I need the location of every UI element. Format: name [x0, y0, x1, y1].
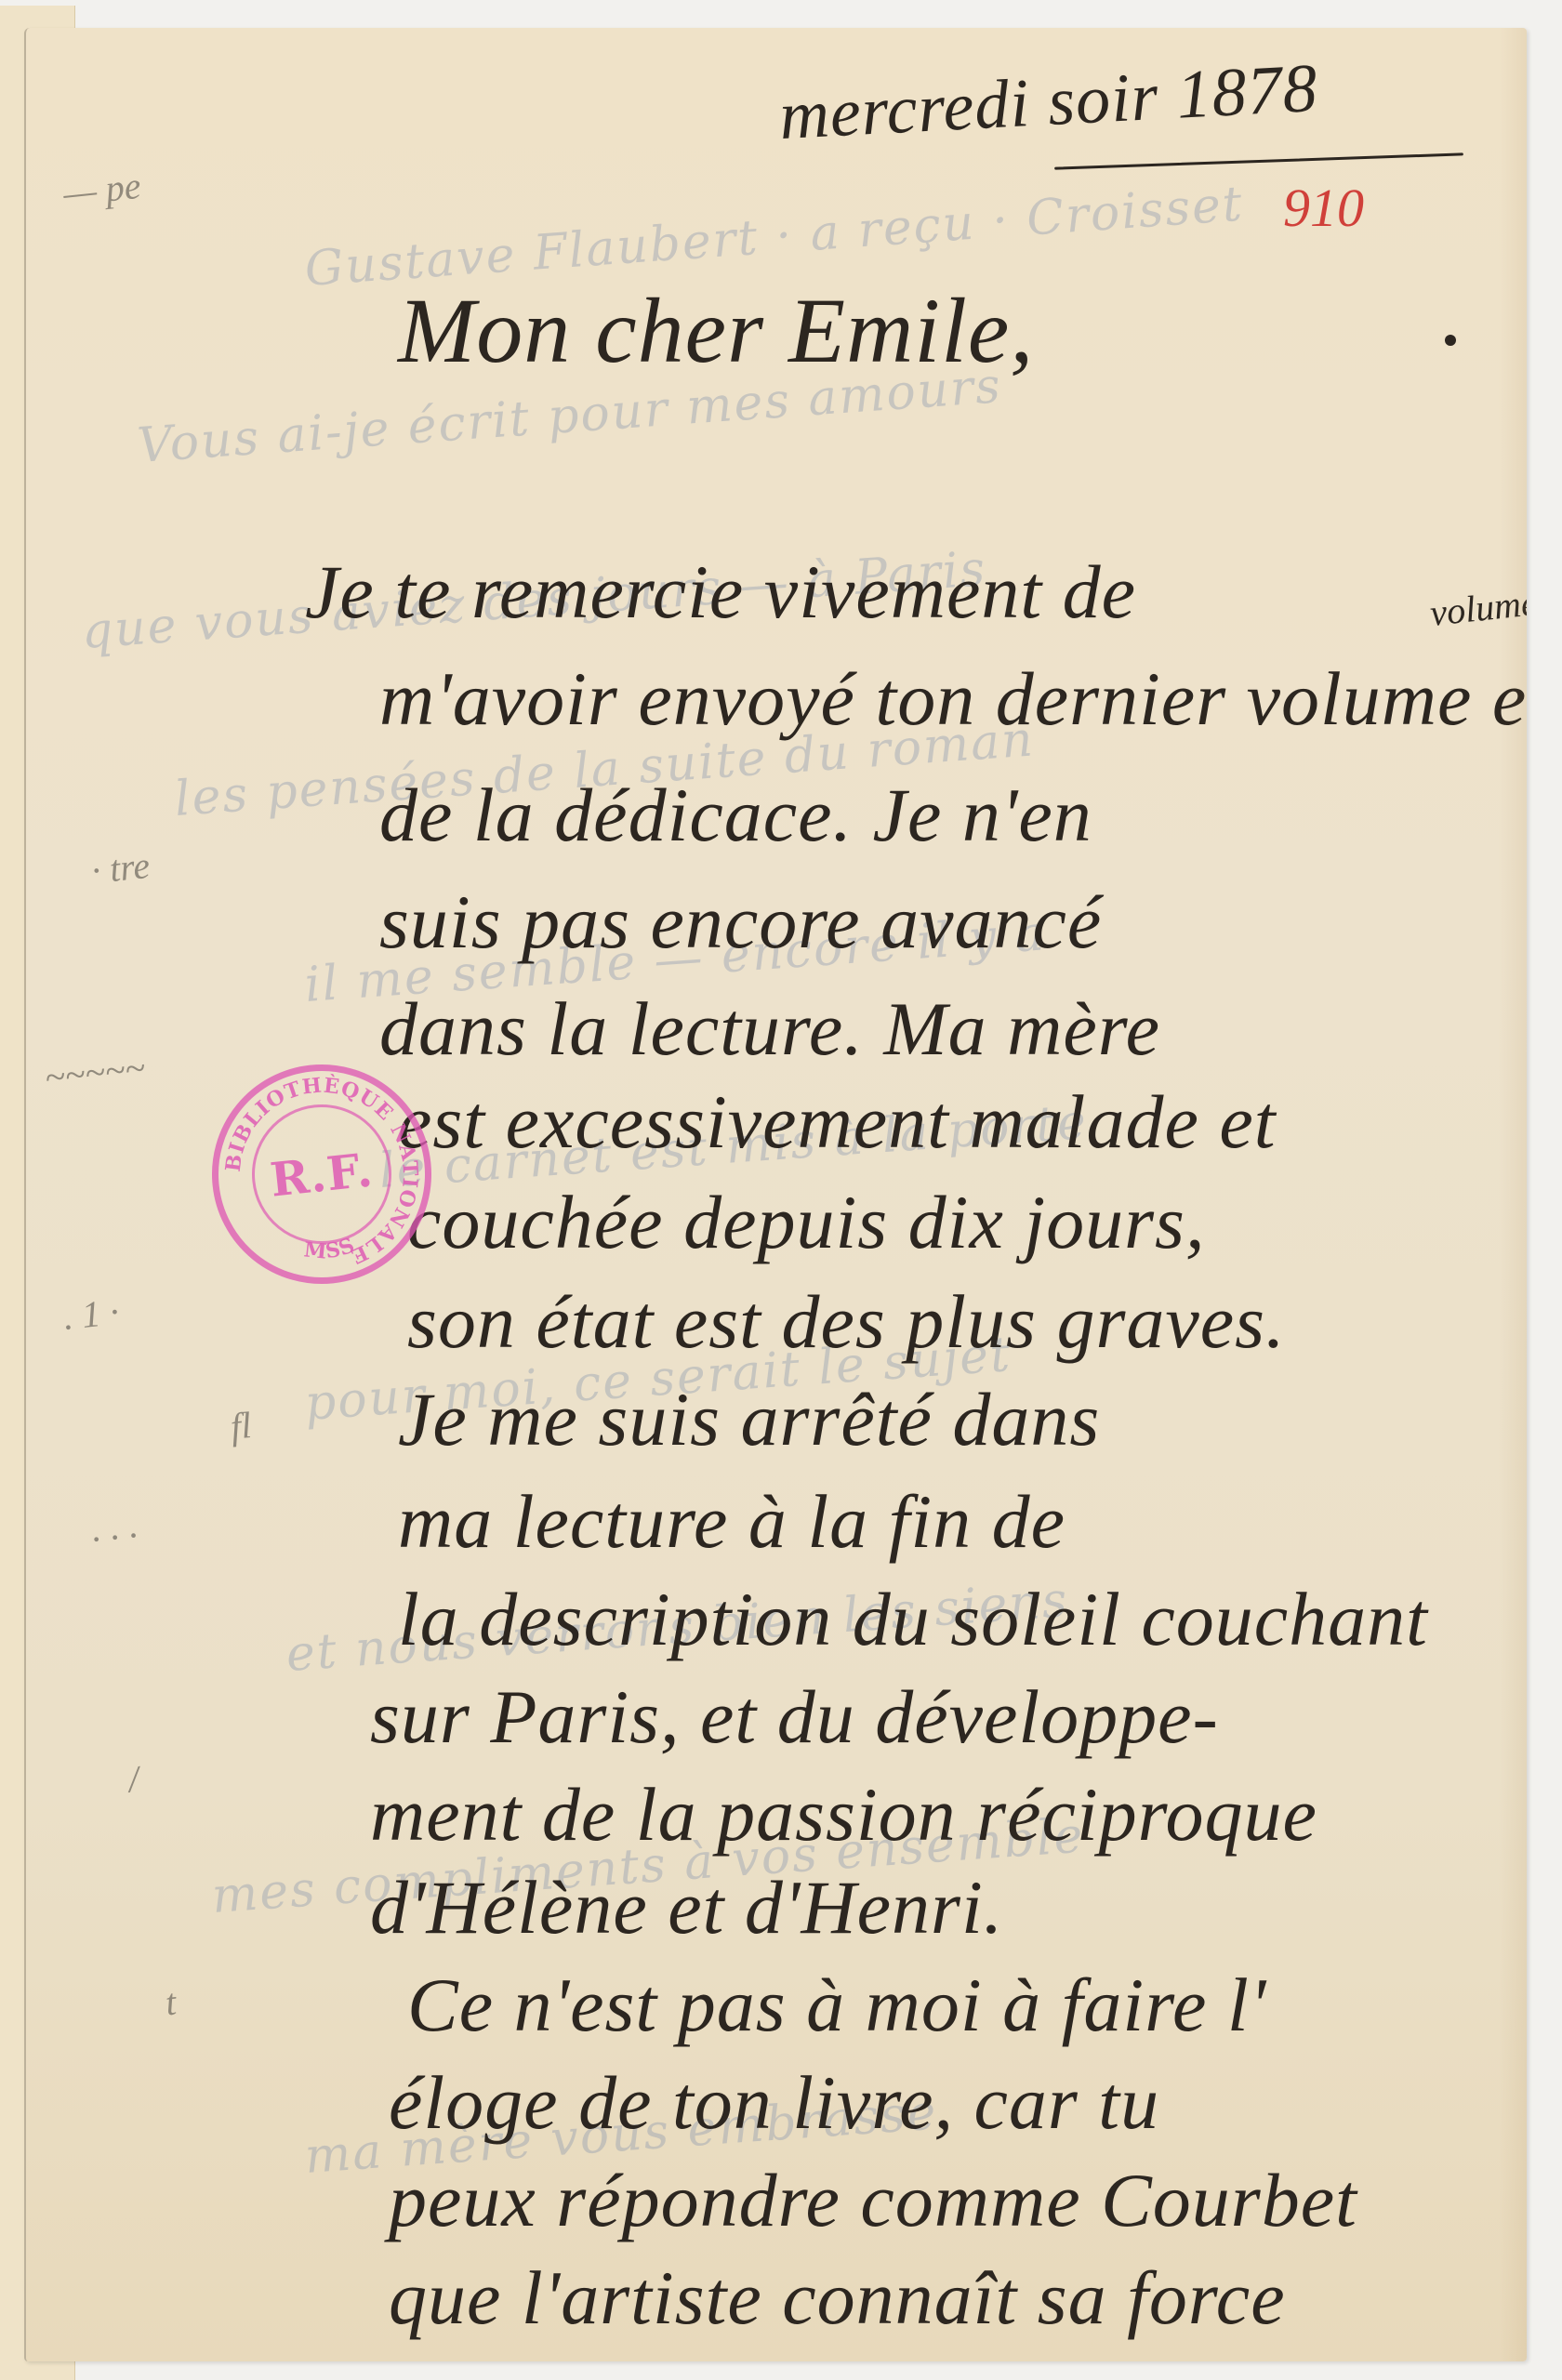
manuscript-page: Gustave Flaubert · a reçu · Croisset Vou… [24, 28, 1527, 2361]
folio-number: 910 [1283, 177, 1364, 239]
date-underline [1054, 152, 1463, 169]
salutation: Mon cher Emile, [398, 277, 1034, 384]
letter-line: Ce n'est pas à moi à faire l' [407, 1962, 1266, 2049]
letter-line: la description du soleil couchant [398, 1576, 1428, 1663]
margin-offset-mark: t [164, 1980, 179, 2025]
letter-line: ma lecture à la fin de [398, 1478, 1066, 1566]
letter-line: d'Hélène et d'Henri. [370, 1864, 1003, 1951]
letter-line: Je te remercie vivement de [305, 549, 1136, 636]
letter-line: m'avoir envoyé ton dernier volume et [379, 655, 1527, 743]
margin-offset-mark: fl [229, 1403, 254, 1448]
margin-offset-mark: · tre [89, 843, 152, 892]
letter-line: son état est des plus graves. [407, 1278, 1286, 1366]
margin-offset-mark: / [126, 1757, 141, 1802]
inserted-word: volume [1428, 580, 1527, 635]
letter-line: Je me suis arrêté dans [398, 1376, 1100, 1463]
stamp-center-text: R.F. [268, 1142, 376, 1207]
margin-offset-mark: ~~~~~ [43, 1045, 148, 1099]
salutation-dot [1445, 335, 1456, 346]
letter-line: éloge de ton livre, car tu [389, 2059, 1159, 2147]
letter-line: couchée depuis dix jours, [407, 1179, 1205, 1266]
letter-line: dans la lecture. Ma mère [379, 985, 1160, 1073]
library-stamp: BIBLIOTHÈQUE NATIONALE MSS R.F. [201, 1053, 442, 1294]
margin-offset-mark: . 1 · [61, 1289, 122, 1339]
letter-line: peux répondre comme Courbet [389, 2157, 1357, 2244]
letter-line: ment de la passion réciproque [370, 1771, 1317, 1858]
letter-line: que l'artiste connaît sa force [389, 2254, 1286, 2342]
margin-offset-mark: — pe [61, 164, 143, 215]
letter-line: de la dédicace. Je n'en [379, 772, 1092, 859]
margin-offset-mark: · · · [89, 1514, 140, 1562]
letter-line: est excessivement malade et [398, 1078, 1277, 1166]
date-line: mercredi soir 1878 [777, 49, 1319, 156]
letter-line: suis pas encore avancé [379, 879, 1102, 966]
letter-line: sur Paris, et du développe- [370, 1673, 1219, 1761]
